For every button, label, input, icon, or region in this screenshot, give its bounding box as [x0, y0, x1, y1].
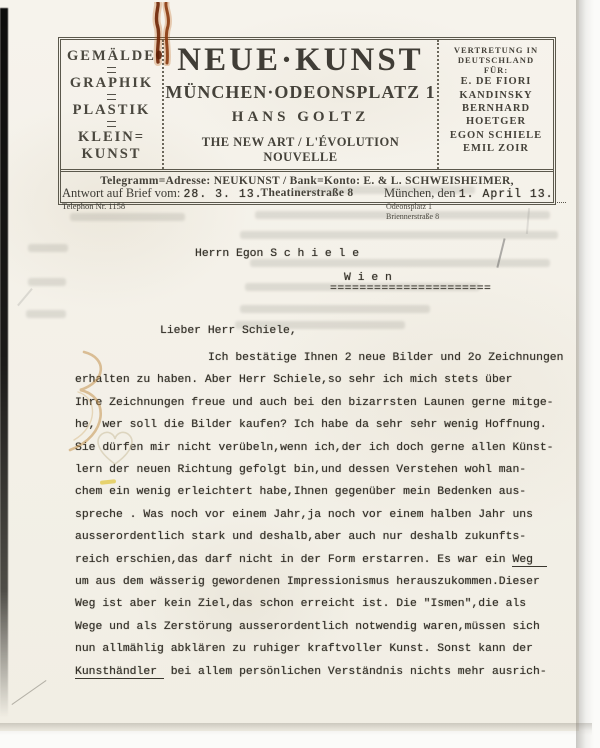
letter-text: Ich bestätige Ihnen 2 neue Bilder und 2o… [208, 352, 563, 364]
underlined-word: Weg [512, 554, 546, 568]
letter-text: bei allem persönlichen Verständnis nicht… [164, 666, 547, 678]
letter-paper: GEMÄLDEGRAPHIKPLASTIKKLEIN=KUNST NEUE·KU… [0, 0, 579, 731]
letter-line: lern der neuen Richtung gefolgt bin,und … [75, 459, 575, 481]
bleedthrough-line [240, 305, 430, 313]
scan-bottom-edge [0, 723, 592, 735]
letterhead-row: GEMÄLDEGRAPHIKPLASTIKKLEIN=KUNST NEUE·KU… [61, 40, 553, 169]
letterhead-right-artists: VERTRETUNG INDEUTSCHLANDFÜR:E. DE FIORIK… [437, 40, 553, 169]
pencil-stroke [17, 288, 32, 306]
gallery-address: MÜNCHEN·ODEONSPLATZ 1 [164, 82, 437, 103]
letter-line: Ihre Zeichnungen freue und auch bei den … [75, 392, 575, 414]
letter-text: erhalten zu haben. Aber Herr Schiele,so … [75, 374, 512, 386]
separator-mark [107, 121, 116, 127]
letter-line: ausserordentlich stark und deshalb,aber … [75, 526, 575, 548]
letter-text: chem ein wenig erleichtert habe,Ihnen ge… [75, 486, 526, 498]
underlined-word: Kunsthändler [75, 666, 164, 680]
gallery-name: NEUE·KUNST [164, 44, 437, 77]
bleedthrough-line [245, 283, 480, 291]
bleedthrough-line [26, 310, 66, 318]
bleedthrough-line [28, 278, 66, 286]
artist-name: KANDINSKY [441, 90, 551, 102]
letterhead: GEMÄLDEGRAPHIKPLASTIKKLEIN=KUNST NEUE·KU… [58, 37, 556, 205]
artist-name: EMIL ZOIR [441, 143, 551, 155]
bleedthrough-line [235, 321, 405, 329]
artist-name: E. DE FIORI [441, 76, 551, 88]
letter-line: Sie dürfen mir nicht verübeln,wenn ich,d… [75, 437, 575, 459]
reply-block: Antwort auf Brief vom: 28. 3. 13. [62, 184, 263, 202]
letter-line: nun allmählig abklären zu ruhiger kraftv… [75, 638, 575, 660]
artist-name: HOETGER [441, 116, 551, 128]
reply-date: 28. 3. 13. [184, 188, 263, 203]
category-label: GEMÄLDE [63, 48, 160, 65]
artist-name: BERNHARD [441, 103, 551, 115]
letter-text: Wege und als Zerstörung ausserordentlich… [75, 621, 540, 633]
bleedthrough-line [70, 213, 185, 221]
letter-text: Ihre Zeichnungen freue und auch bei den … [75, 397, 554, 409]
gallery-owner: HANS GOLTZ [164, 109, 437, 126]
separator-mark [107, 94, 116, 100]
letter-text: ausserordentlich stark und deshalb,aber … [75, 531, 526, 543]
category-label: GRAPHIK [63, 75, 160, 92]
reply-label: Antwort auf Brief vom: [62, 186, 180, 200]
letter-line: reich erschien,das darf nicht in der For… [75, 549, 575, 571]
bleedthrough-line [255, 211, 550, 219]
scan-right-edge [576, 0, 594, 748]
category-label: PLASTIK [63, 102, 160, 119]
letter-line: Kunsthändler bei allem persönlichen Vers… [75, 661, 575, 683]
letter-line: Weg ist aber kein Ziel,das schon erreich… [75, 593, 575, 615]
letter-text: lern der neuen Richtung gefolgt bin,und … [75, 464, 526, 476]
separator-mark [107, 67, 116, 73]
category-label: KUNST [63, 146, 160, 163]
letter-text: he, wer soll die Bilder kaufen? Ich habe… [75, 419, 547, 431]
telephone-number: Telephon Nr. 1158 [62, 201, 125, 211]
bleedthrough-line [28, 244, 68, 252]
letter-text: nun allmählig abklären zu ruhiger kraftv… [75, 643, 533, 655]
letter-line: chem ein wenig erleichtert habe,Ihnen ge… [75, 481, 575, 503]
scan-left-edge [0, 8, 8, 718]
letter-line: Wege und als Zerstörung ausserordentlich… [75, 616, 575, 638]
gallery-slogan: THE NEW ART / L'ÉVOLUTION NOUVELLE [164, 135, 437, 165]
artist-name: EGON SCHIELE [441, 130, 551, 142]
letter-line: spreche . Was noch vor einem Jahr,ja noc… [75, 504, 575, 526]
letter-text: spreche . Was noch vor einem Jahr,ja noc… [75, 509, 533, 521]
letter-body: Ich bestätige Ihnen 2 neue Bilder und 2o… [75, 347, 575, 683]
paper-fold-line [12, 680, 47, 705]
bleedthrough-line [295, 186, 475, 194]
letterhead-center: NEUE·KUNST MÜNCHEN·ODEONSPLATZ 1 HANS GO… [164, 40, 437, 169]
letterhead-left-items: GEMÄLDEGRAPHIKPLASTIKKLEIN=KUNST [61, 40, 164, 169]
letter-line: erhalten zu haben. Aber Herr Schiele,so … [75, 369, 575, 391]
letter-text: Sie dürfen mir nicht verübeln,wenn ich,d… [75, 442, 554, 454]
representation-heading: FÜR: [441, 66, 551, 76]
scanned-letter: GEMÄLDEGRAPHIKPLASTIKKLEIN=KUNST NEUE·KU… [0, 0, 600, 748]
bleedthrough-line [240, 231, 558, 239]
category-label: KLEIN= [63, 129, 160, 146]
letter-text: reich erschien,das darf nicht in der For… [75, 554, 512, 566]
letter-line: he, wer soll die Bilder kaufen? Ich habe… [75, 414, 575, 436]
letter-text: um aus dem wässerig gewordenen Impressio… [75, 576, 540, 588]
letter-text: Weg ist aber kein Ziel,das schon erreich… [75, 598, 526, 610]
letter-line: um aus dem wässerig gewordenen Impressio… [75, 571, 575, 593]
letter-line: Ich bestätige Ihnen 2 neue Bilder und 2o… [75, 347, 575, 369]
bleedthrough-line [250, 259, 550, 267]
